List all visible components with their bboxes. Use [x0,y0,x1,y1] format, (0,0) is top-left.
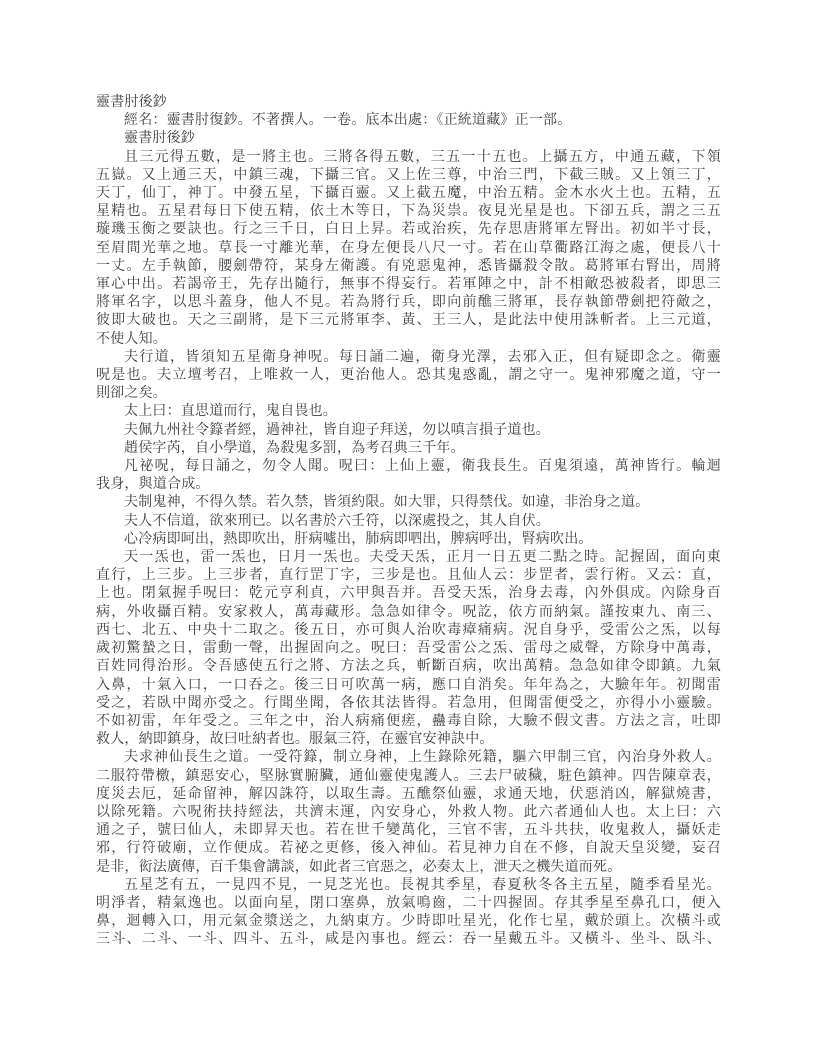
text-line: 一丈。左手執節，腰劍帶符，某身左衛護。有兇惡鬼神，悉皆攝殺令散。葛將軍右腎出，周… [96,258,721,276]
text-line: 璇璣玉衡之要訣也。行之三千日，白日上昇。若或治疾，先存思唐將軍左腎出。初如半寸長… [96,221,721,239]
meta-line: 經名：靈書肘復鈔。不著撰人。一卷。底本出處：《正統道藏》正一部。 [96,112,721,130]
text-line: 夫佩九州社令籙者經，過神社，皆自迎子拜送，勿以嗔言損子道也。 [96,422,721,440]
text-line: 天一炁也，雷一炁也，日月一炁也。夫受天炁，正月一日五更二點之時。記握固，面向東 [96,549,721,567]
text-line: 星精也。五星君每日下使五精，依土木等日，下為災祟。夜見光星是也。下卻五兵，謂之三… [96,203,721,221]
paragraph: 夫制鬼神，不得久禁。若久禁，皆須約限。如大罪，只得禁伐。如違，非治身之道。 [96,494,721,512]
text-line: 夫制鬼神，不得久禁。若久禁，皆須約限。如大罪，只得禁伐。如違，非治身之道。 [96,494,721,512]
text-line: 且三元得五數，是一將主也。三將各得五數，三五一十五也。上攝五方，中通五藏，下領 [96,149,721,167]
text-line: 將軍名字，以思斗蓋身，他人不見。若為將行兵，即向前醮三將軍，長存執節帶劍把符敵之… [96,294,721,312]
text-line: 則卻之矣。 [96,385,721,403]
document-title: 靈書肘後鈔 [96,94,721,112]
text-line: 度災去厄，延命留神，解囚誅符，以取生壽。五醮祭仙靈，求通天地，伏惡消凶，解獄燒書… [96,786,721,804]
text-line: 百姓同得治形。令吾感使五行之將、方法之兵，斬斷百病，吹出萬精。急急如律令即鎮。九… [96,658,721,676]
text-line: 通之子，號曰仙人，未即昇天也。若在世千變萬化，三官不害，五斗共扶，收鬼救人，攝妖… [96,822,721,840]
text-line: 受之，若臥中聞亦受之。行聞坐聞，各依其法皆得。若急用，但聞雷便受之，亦得小小靈驗… [96,695,721,713]
text-line: 凡祕呪，每日誦之，勿令人聞。呪曰：上仙上靈，衛我長生。百鬼須遠，萬神皆行。輪迴 [96,458,721,476]
text-line: 太上曰：直思道而行，鬼自畏也。 [96,403,721,421]
text-line: 入鼻，十氣入口，一口吞之。後三日可吹萬一病，應口自消矣。年年為之，大驗年年。初聞… [96,677,721,695]
text-line: 三斗、二斗、一斗、四斗、五斗，咸是內事也。經云：吞一星戴五斗。又橫斗、坐斗、臥斗… [96,931,721,949]
text-line: 彼即大破也。天之三副將，是下三元將軍李、黃、王三人，是此法中使用誅斬者。上三元道… [96,312,721,330]
paragraph: 趙侯字芮，自小學道，為殺鬼多罰，為考召典三千年。 [96,440,721,458]
text-line: 天丁，仙丁，神丁。中發五星，下攝百靈。又上截五魔，中治五精。金木水火土也。五精，… [96,185,721,203]
paragraph: 五星芝有五，一見四不見，一見芝光也。長視其季星，春夏秋冬各主五星，隨季看星光。 … [96,877,721,950]
document-body: 靈書肘後鈔 經名：靈書肘復鈔。不著撰人。一卷。底本出處：《正統道藏》正一部。 靈… [96,94,721,950]
text-line: 夫求神仙長生之道。一受符籙，制立身神，上生錄除死籍，驅六甲制三官，內治身外救人。 [96,749,721,767]
paragraph: 太上曰：直思道而行，鬼自畏也。 [96,403,721,421]
text-line: 以除死籍。六呪術扶持經法，共濟末運，內安身心，外救人物。此六者通仙人也。太上曰：… [96,804,721,822]
paragraph: 夫佩九州社令籙者經，過神社，皆自迎子拜送，勿以嗔言損子道也。 [96,422,721,440]
text-line: 不如初雷，年年受之。三年之中，治人病痛便瘥，蠱毒自除，大驗不假文書。方法之言，吐… [96,713,721,731]
text-line: 上也。閉氣握手呪曰：乾元亨利貞，六甲與吾并。吾受天炁，治身去毒，內外俱成。內除身… [96,585,721,603]
paragraph: 心冷病即呵出，熱即吹出，肝病噓出，肺病即呬出，脾病呼出，腎病吹出。 [96,531,721,549]
document-page: 靈書肘後鈔 經名：靈書肘復鈔。不著撰人。一卷。底本出處：《正統道藏》正一部。 靈… [0,0,816,1056]
text-line: 夫行道，皆須知五星衛身神呪。每日誦二遍，衛身光澤，去邪入正，但有疑即念之。衛靈 [96,349,721,367]
section-title: 靈書肘後鈔 [96,130,721,148]
text-line: 西七、北五、中央十二取之。後五日，亦可與人治吹毒瘴痛病。況自身乎，受雷公之炁，以… [96,622,721,640]
text-line: 歲初驚蟄之日，雷動一聲，出握固向之。呪曰：吾受雷公之炁、雷母之威聲，方除身中萬毒… [96,640,721,658]
text-line: 心冷病即呵出，熱即吹出，肝病噓出，肺病即呬出，脾病呼出，腎病吹出。 [96,531,721,549]
text-line: 我身，與道合成。 [96,476,721,494]
paragraph: 天一炁也，雷一炁也，日月一炁也。夫受天炁，正月一日五更二點之時。記握固，面向東 … [96,549,721,749]
paragraph: 且三元得五數，是一將主也。三將各得五數，三五一十五也。上攝五方，中通五藏，下領 … [96,149,721,349]
text-line: 不使人知。 [96,331,721,349]
paragraph: 夫人不信道，欲來刑已。以名書於六壬符，以深處投之，其人自伏。 [96,513,721,531]
paragraph: 凡祕呪，每日誦之，勿令人聞。呪曰：上仙上靈，衛我長生。百鬼須遠，萬神皆行。輪迴 … [96,458,721,494]
text-line: 二服符帶檄，鎮惡安心，堅脉實腑臟，通仙靈使鬼護人。三去尸破穢，駐色鎮神。四告陳章… [96,768,721,786]
text-line: 五星芝有五，一見四不見，一見芝光也。長視其季星，春夏秋冬各主五星，隨季看星光。 [96,877,721,895]
text-line: 夫人不信道，欲來刑已。以名書於六壬符，以深處投之，其人自伏。 [96,513,721,531]
text-line: 邪，行符破廟，立作便成。若祕之更修，後入神仙。若見神力自在不修，自說天皇災變，妄… [96,840,721,858]
text-line: 明淨者，精氣逸也。以面向星，閉口塞鼻，放氣鳴齒，二十四握固。存其季星至鼻孔口，便… [96,895,721,913]
text-line: 病，外收攝百精。安家救人，萬毒藏形。急急如律令。呪訖，依方而納氣。謹按東九、南三… [96,604,721,622]
text-line: 呪是也。夫立壇考召，上唯救一人，更治他人。恐其鬼惑亂，謂之守一。鬼神邪魔之道，守… [96,367,721,385]
text-line: 救人，納即鎮身，故曰吐納者也。服氣三符，在靈官安神訣中。 [96,731,721,749]
text-line: 是非，衒法廣傳，百千集會講談，如此者三官惡之，必奏太上，泄天之機失道而死。 [96,859,721,877]
paragraph: 夫行道，皆須知五星衛身神呪。每日誦二遍，衛身光澤，去邪入正，但有疑即念之。衛靈 … [96,349,721,404]
text-line: 至眉間光華之地。草長一寸離光華，在身左便長八尺一寸。若在山草衢路江海之處，便長八… [96,240,721,258]
paragraph: 夫求神仙長生之道。一受符籙，制立身神，上生錄除死籍，驅六甲制三官，內治身外救人。… [96,749,721,876]
text-line: 趙侯字芮，自小學道，為殺鬼多罰，為考召典三千年。 [96,440,721,458]
text-line: 軍心中出。若謁帝王，先存出隨行，無事不得妄行。若軍陣之中，計不相敵恐被殺者，即思… [96,276,721,294]
text-line: 鼻，迴轉入口，用元氣金漿送之，九納東方。少時即吐星光，化作七星，戴於頭上。次橫斗… [96,913,721,931]
text-line: 五嶽。又上通三天，中鎮三魂，下攝三官。又上佐三尊，中治三門，下截三賊。又上領三丁… [96,167,721,185]
text-line: 直行，上三步。上三步者，直行罡丁字，三步是也。且仙人云：步罡者，雲行術。又云：直… [96,567,721,585]
